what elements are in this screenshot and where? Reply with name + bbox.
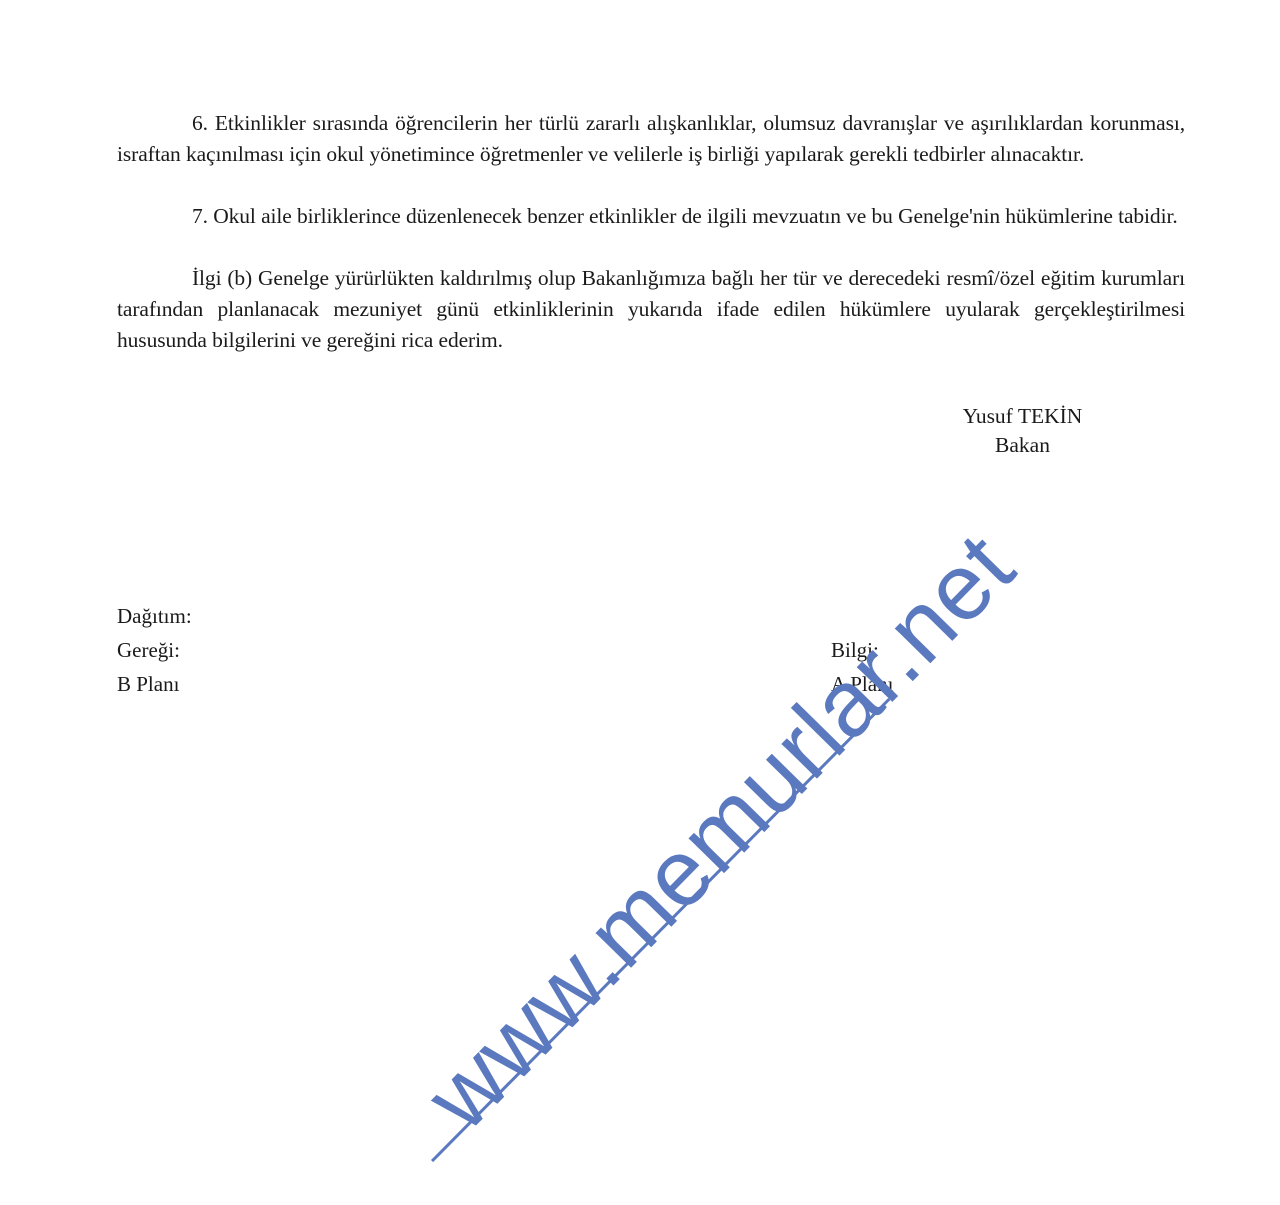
paragraph-item-6: 6. Etkinlikler sırasında öğrencilerin he… (117, 108, 1185, 170)
distribution-action-label: Gereği: (117, 633, 192, 667)
paragraph-item-7: 7. Okul aile birliklerince düzenlenecek … (117, 201, 1185, 232)
watermark-underline (431, 698, 890, 1162)
document-page: 6. Etkinlikler sırasında öğrencilerin he… (0, 0, 1280, 1205)
distribution-block: Dağıtım: Gereği: B Planı (117, 599, 192, 701)
signatory-name: Yusuf TEKİN (940, 402, 1105, 431)
distribution-heading: Dağıtım: (117, 599, 192, 633)
signature-block: Yusuf TEKİN Bakan (940, 402, 1105, 460)
distribution-action-value: B Planı (117, 667, 192, 701)
signatory-title: Bakan (940, 431, 1105, 460)
watermark-text: www.memurlar.net (410, 517, 1030, 1146)
paragraph-closing: İlgi (b) Genelge yürürlükten kaldırılmış… (117, 263, 1185, 356)
